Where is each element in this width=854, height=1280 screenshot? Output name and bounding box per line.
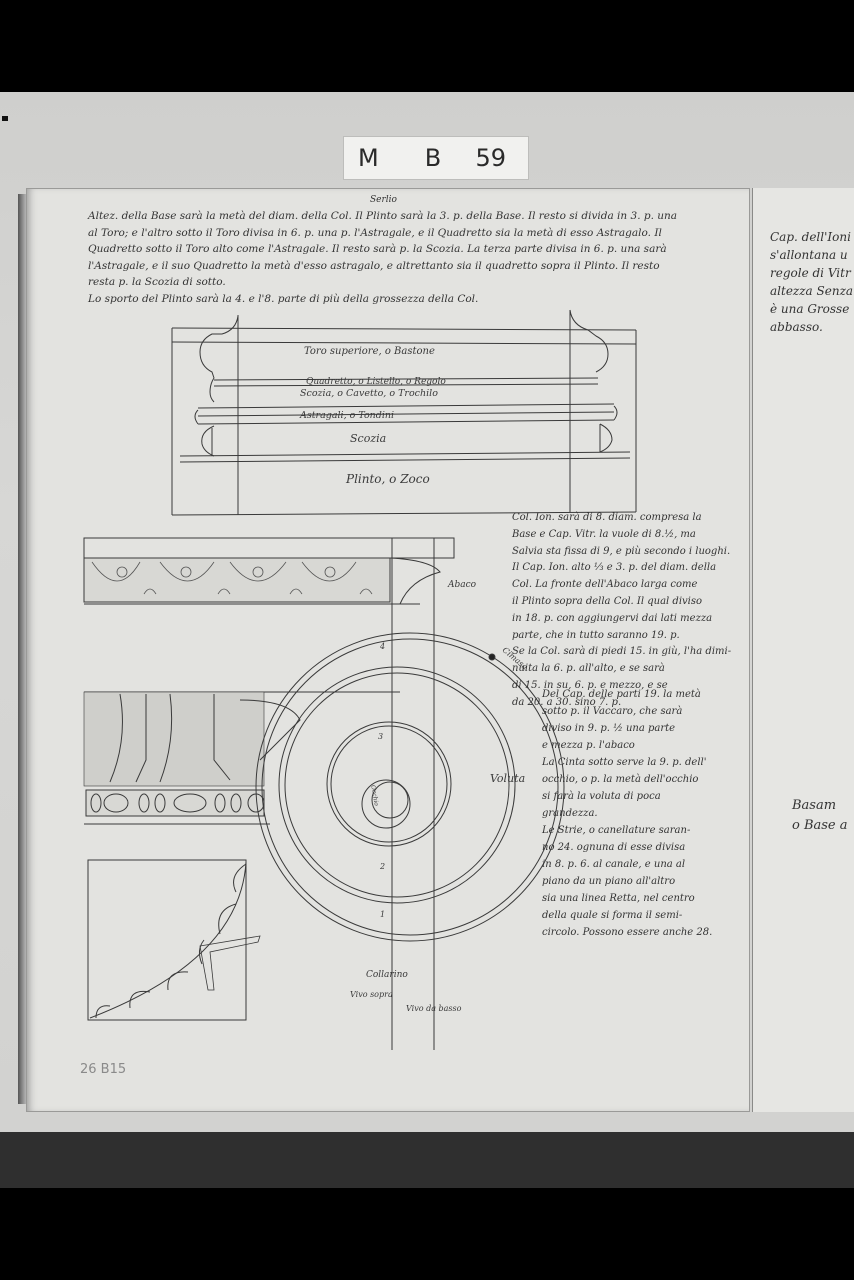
label-scotia-top: Scozia, o Cavetto, o Trochilo [300, 388, 438, 399]
label-torus: Toro superiore, o Bastone [304, 346, 435, 357]
adjacent-page-notes-top: Cap. dell'Ioni s'allontana u regole di V… [770, 228, 854, 336]
ionic-capital-diagram [84, 538, 564, 1050]
label-volute: Voluta [490, 772, 525, 785]
label-astragals: Astragali, o Tondini [300, 410, 394, 421]
label-quadretto: Quadretto, o Listello, o Regolo [306, 377, 446, 387]
adjacent-page-notes-bottom: Basam o Base a [792, 796, 854, 836]
label-scotia-bottom: Scozia [350, 432, 386, 445]
scale-mark-2: 2 [380, 862, 385, 871]
label-abacus: Abaco [448, 580, 476, 590]
scale-mark-1: 1 [380, 910, 385, 919]
label-upper-shaft: Vivo sopra [350, 990, 393, 999]
pencil-folio-number: 26 B15 [80, 1062, 126, 1077]
scale-mark-4: 4 [380, 642, 385, 651]
label-collarino: Collarino [366, 970, 408, 980]
label-lower-shaft: Vivo da basso [406, 1004, 461, 1013]
scale-mark-3: 3 [378, 732, 383, 741]
label-plinth: Plinto, o Zoco [346, 472, 430, 486]
scan-bottom-strip [0, 1132, 854, 1188]
capital-notes-upper: Col. Ion. sarà di 8. diam. compresa la B… [512, 510, 752, 712]
capital-notes-lower: Del Cap. delle parti 19. la metà sotto p… [542, 686, 752, 941]
